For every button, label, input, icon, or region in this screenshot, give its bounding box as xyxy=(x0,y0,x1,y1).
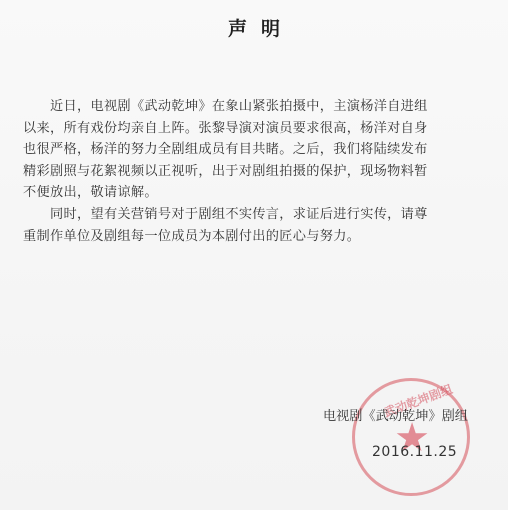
paragraph-1-line-2: 以来，所有戏份均亲自上阵。张黎导演对演员要求很高，杨洋对自身 xyxy=(23,118,483,140)
paragraph-2-line-2: 重制作单位及剧组每一位成员为本剧付出的匠心与努力。 xyxy=(23,226,483,248)
paragraph-1-line-4: 精彩剧照与花絮视频以正视听，出于对剧组拍摄的保护，现场物料暂 xyxy=(23,161,483,183)
statement-document: 声明 近日，电视剧《武动乾坤》在象山紧张拍摄中，主演杨洋自进组 以来，所有戏份均… xyxy=(0,0,508,510)
paragraph-1-line-5: 不便放出，敬请谅解。 xyxy=(23,182,483,204)
document-title: 声明 xyxy=(0,14,508,41)
signature-organization: 电视剧《武动乾坤》剧组 xyxy=(323,405,468,424)
paragraph-1-line-3: 也很严格，杨洋的努力全剧组成员有目共睹。之后，我们将陆续发布 xyxy=(23,139,483,161)
paragraph-2-line-1: 同时，望有关营销号对于剧组不实传言，求证后进行实传，请尊 xyxy=(23,204,483,226)
statement-body: 近日，电视剧《武动乾坤》在象山紧张拍摄中，主演杨洋自进组 以来，所有戏份均亲自上… xyxy=(23,96,483,247)
signature-date: 2016.11.25 xyxy=(372,444,457,460)
paragraph-1-line-1: 近日，电视剧《武动乾坤》在象山紧张拍摄中，主演杨洋自进组 xyxy=(23,96,483,118)
